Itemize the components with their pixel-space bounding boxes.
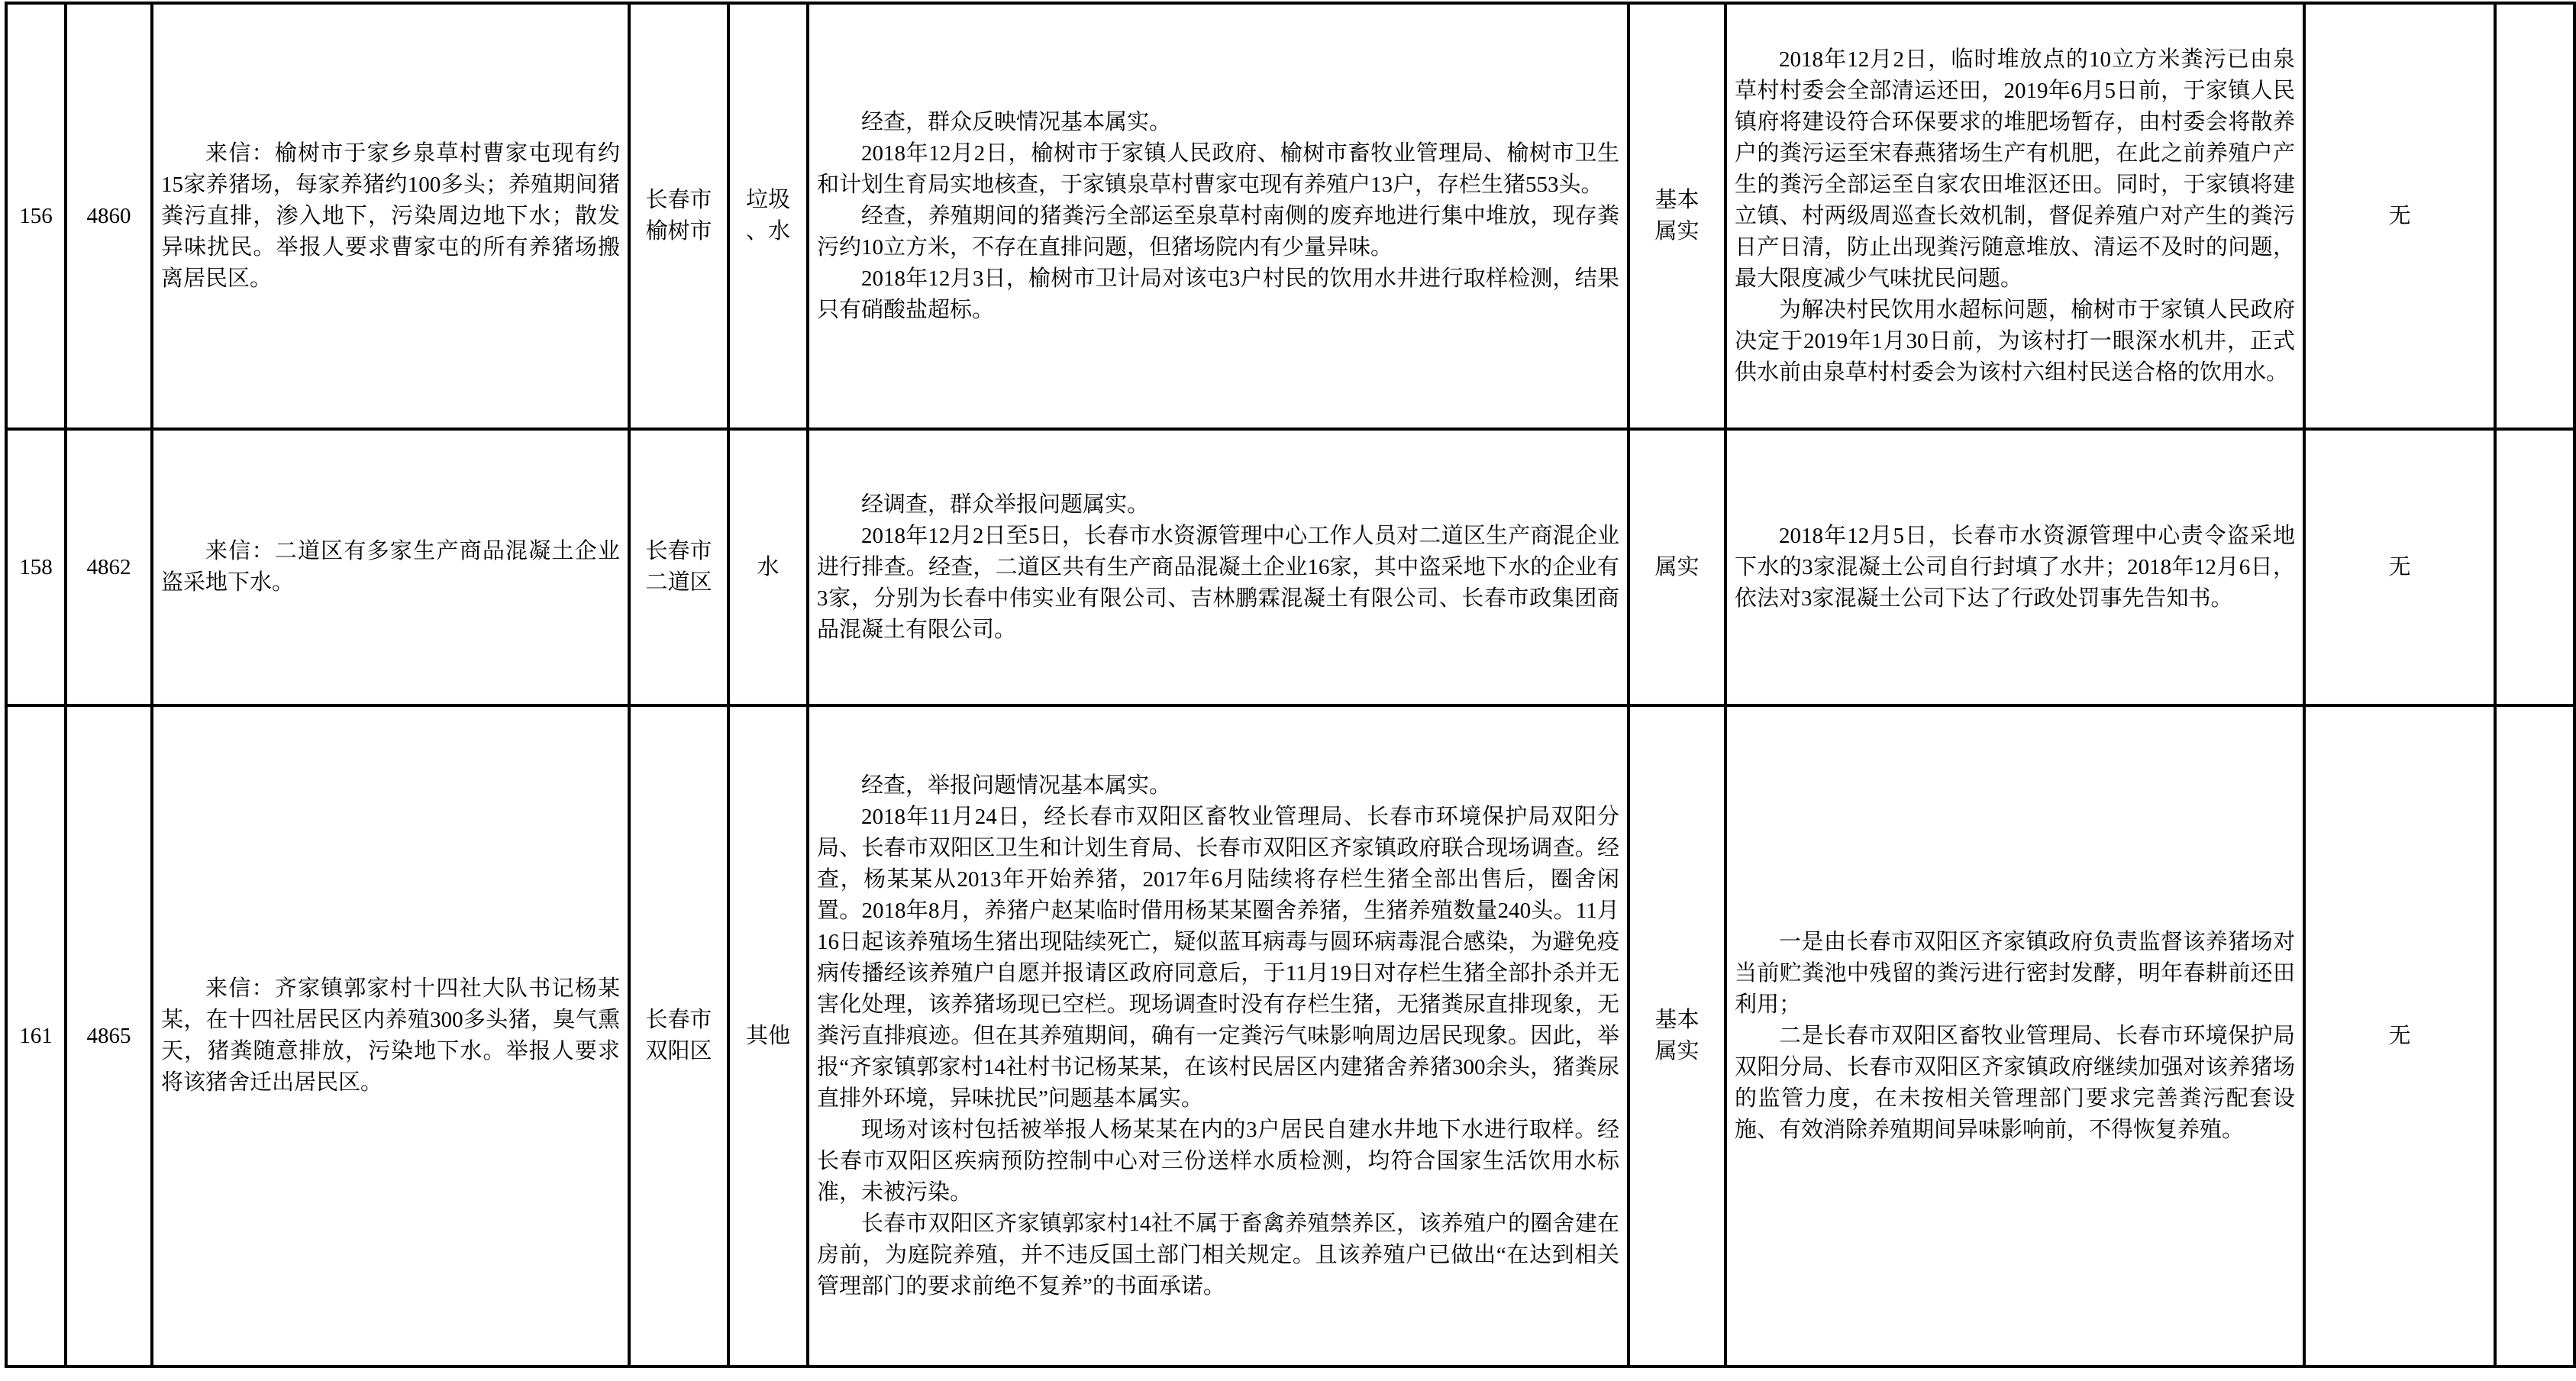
case-no-cell: 4860 [66, 3, 152, 429]
complaint-handling-table: 156 4860 来信：榆树市于家乡泉草村曹家屯现有约15家养猪场，每家养猪约1… [5, 2, 2576, 1368]
location-cell: 长春市二道区 [629, 429, 728, 705]
complaint-cell: 来信：榆树市于家乡泉草村曹家屯现有约15家养猪场，每家养猪约100多头；养殖期间… [152, 3, 629, 429]
remark-cell [2495, 705, 2574, 1366]
handling-cell: 2018年12月5日，长春市水资源管理中心责令盗采地下水的3家混凝土公司自行封填… [1725, 429, 2304, 705]
result-text: 基本属实 [1630, 185, 1724, 247]
type-cell: 垃圾、水 [728, 3, 808, 429]
location-cell: 长春市双阳区 [629, 705, 728, 1366]
investigation-text: 经查，群众反映情况基本属实。2018年12月2日，榆树市于家镇人民政府、榆树市畜… [809, 104, 1627, 329]
complaint-text: 来信：榆树市于家乡泉草村曹家屯现有约15家养猪场，每家养猪约100多头；养殖期间… [153, 135, 628, 298]
table-row: 158 4862 来信：二道区有多家生产商品混凝土企业盗采地下水。 长春市二道区… [6, 429, 2574, 705]
case-no-cell: 4862 [66, 429, 152, 705]
complaint-cell: 来信：二道区有多家生产商品混凝土企业盗采地下水。 [152, 429, 629, 705]
investigation-text: 经调查，群众举报问题属实。2018年12月2日至5日，长春市水资源管理中心工作人… [809, 486, 1627, 649]
case-no-cell: 4865 [66, 705, 152, 1366]
table-row: 161 4865 来信：齐家镇郭家村十四社大队书记杨某某，在十四社居民区内养殖3… [6, 705, 2574, 1366]
handling-text: 一是由长春市双阳区齐家镇政府负责监督该养猪场对当前贮粪池中残留的粪污进行密封发酵… [1727, 924, 2303, 1149]
handling-text: 2018年12月2日，临时堆放点的10立方米粪污已由泉草村村委会全部清运还田，2… [1727, 41, 2303, 392]
investigation-cell: 经调查，群众举报问题属实。2018年12月2日至5日，长春市水资源管理中心工作人… [808, 429, 1629, 705]
handling-text: 2018年12月5日，长春市水资源管理中心责令盗采地下水的3家混凝土公司自行封填… [1727, 518, 2303, 618]
result-cell: 属实 [1629, 429, 1725, 705]
handling-cell: 一是由长春市双阳区齐家镇政府负责监督该养猪场对当前贮粪池中残留的粪污进行密封发酵… [1725, 705, 2304, 1366]
result-cell: 基本属实 [1629, 705, 1725, 1366]
type-cell: 水 [728, 429, 808, 705]
type-cell: 其他 [728, 705, 808, 1366]
type-text: 其他 [730, 1021, 806, 1052]
location-text: 长春市榆树市 [631, 185, 727, 247]
investigation-cell: 经查，群众反映情况基本属实。2018年12月2日，榆树市于家镇人民政府、榆树市畜… [808, 3, 1629, 429]
handling-cell: 2018年12月2日，临时堆放点的10立方米粪污已由泉草村村委会全部清运还田，2… [1725, 3, 2304, 429]
result-text: 属实 [1630, 552, 1724, 583]
result-cell: 基本属实 [1629, 3, 1725, 429]
seq-no-cell: 156 [6, 3, 66, 429]
type-text: 垃圾、水 [730, 185, 806, 247]
complaint-text: 来信：齐家镇郭家村十四社大队书记杨某某，在十四社居民区内养殖300多头猪，臭气熏… [153, 970, 628, 1102]
location-cell: 长春市榆树市 [629, 3, 728, 429]
type-text: 水 [730, 552, 806, 583]
investigation-text: 经查，举报问题情况基本属实。2018年11月24日，经长春市双阳区畜牧业管理局、… [809, 767, 1627, 1305]
table-row: 156 4860 来信：榆树市于家乡泉草村曹家屯现有约15家养猪场，每家养猪约1… [6, 3, 2574, 429]
complaint-cell: 来信：齐家镇郭家村十四社大队书记杨某某，在十四社居民区内养殖300多头猪，臭气熏… [152, 705, 629, 1366]
accountability-cell: 无 [2304, 3, 2495, 429]
result-text: 基本属实 [1630, 1005, 1724, 1067]
complaint-text: 来信：二道区有多家生产商品混凝土企业盗采地下水。 [153, 533, 628, 602]
investigation-cell: 经查，举报问题情况基本属实。2018年11月24日，经长春市双阳区畜牧业管理局、… [808, 705, 1629, 1366]
seq-no-cell: 161 [6, 705, 66, 1366]
remark-cell [2495, 429, 2574, 705]
accountability-cell: 无 [2304, 705, 2495, 1366]
location-text: 长春市双阳区 [631, 1005, 727, 1067]
accountability-cell: 无 [2304, 429, 2495, 705]
seq-no-cell: 158 [6, 429, 66, 705]
remark-cell [2495, 3, 2574, 429]
location-text: 长春市二道区 [631, 536, 727, 599]
